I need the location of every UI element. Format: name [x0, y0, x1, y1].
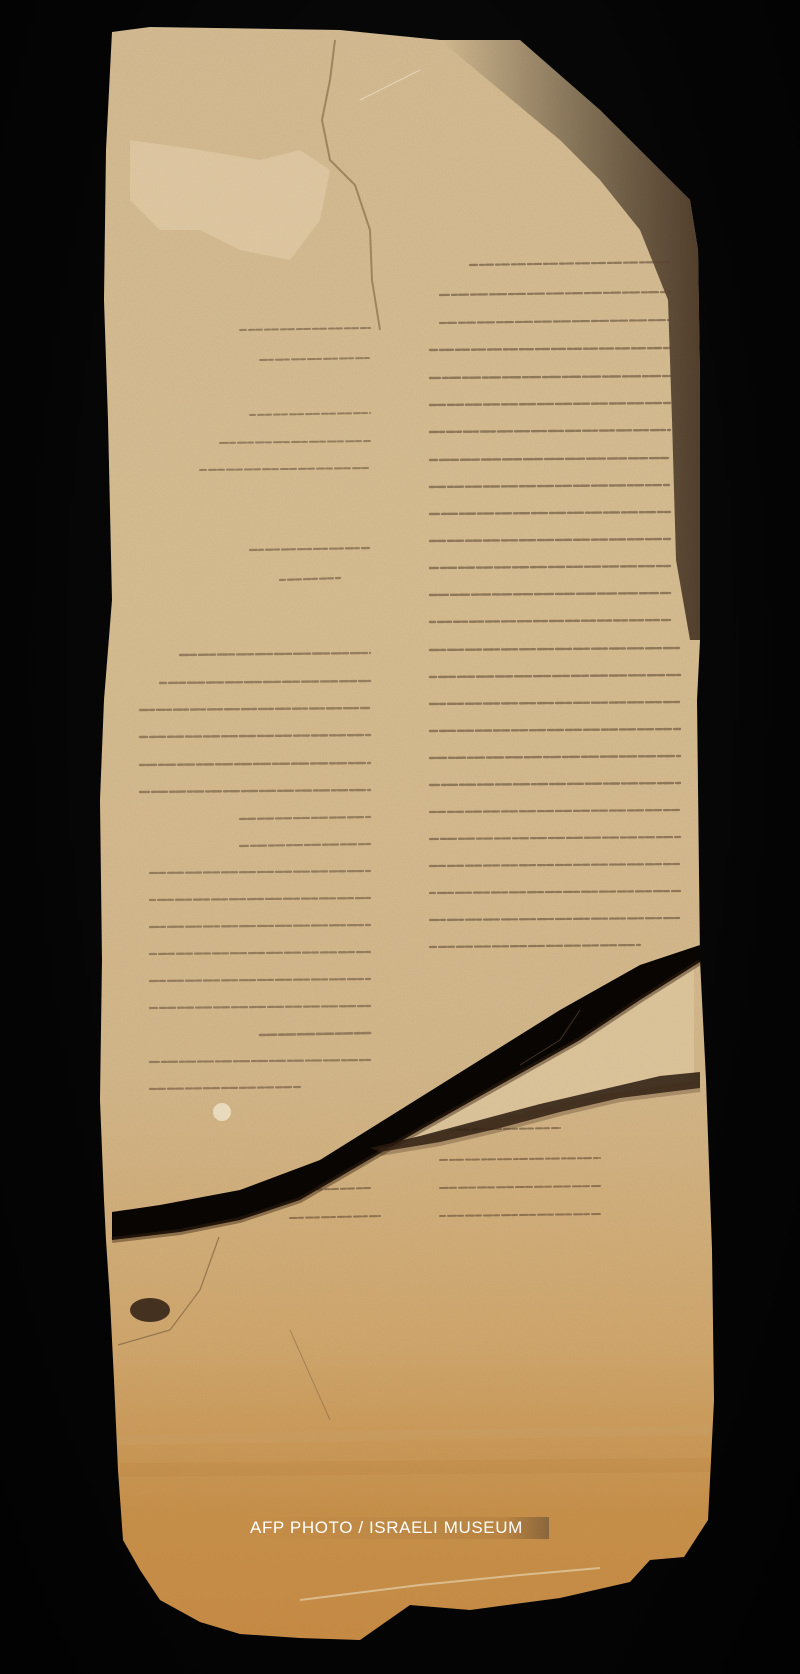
stone-tablet-illustration: [0, 0, 800, 1674]
light-chip: [213, 1103, 231, 1121]
sediment-band: [120, 1465, 710, 1470]
photo-credit-watermark: AFP PHOTO / ISRAELI MUSEUM: [250, 1517, 549, 1539]
photo-frame: AFP PHOTO / ISRAELI MUSEUM: [0, 0, 800, 1674]
stone-texture: [100, 27, 714, 1640]
dark-stain: [130, 1298, 170, 1322]
